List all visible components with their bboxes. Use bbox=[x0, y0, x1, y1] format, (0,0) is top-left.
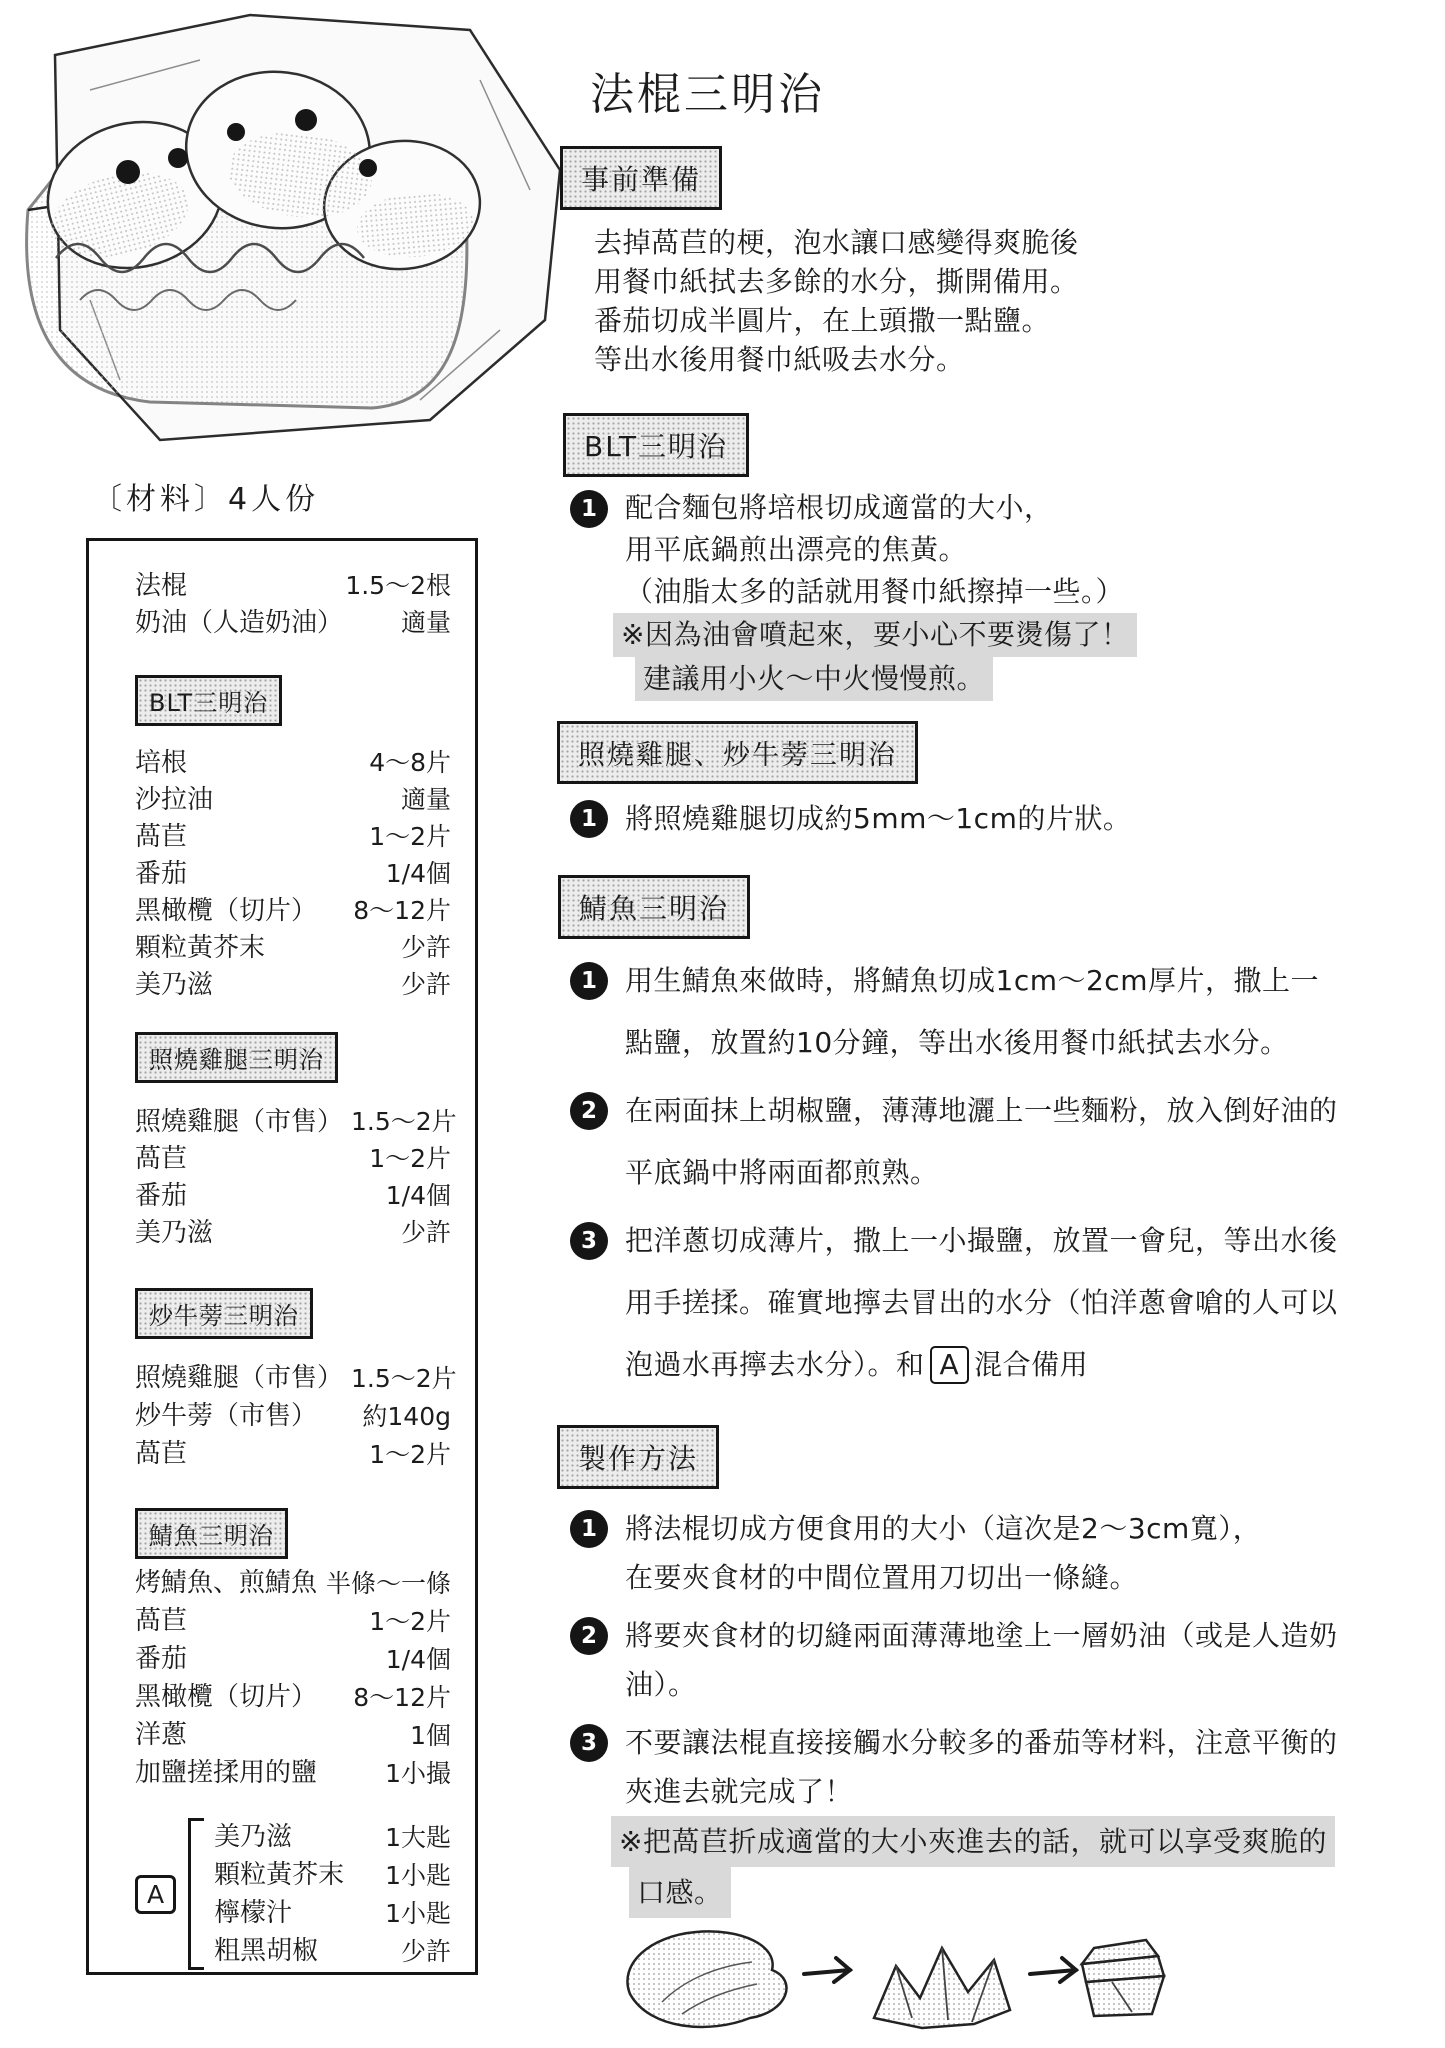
step-line: 在要夾食材的中間位置用刀切出一條縫。 bbox=[625, 1553, 1261, 1602]
material-name: 番茄 bbox=[135, 1183, 187, 1209]
section-header-saba: 鯖魚三明治 bbox=[558, 875, 750, 939]
material-amount: 少許 bbox=[401, 935, 451, 960]
material-name: 洋蔥 bbox=[135, 1722, 187, 1748]
arrow-icon bbox=[1030, 1958, 1076, 1982]
step-number-badge: 2 bbox=[570, 1092, 608, 1130]
caution-note-highlight: ※因為油會噴起來，要小心不要燙傷了！ bbox=[613, 613, 1137, 657]
material-name: 奶油（人造奶油） bbox=[135, 610, 343, 636]
step-line: 把洋蔥切成薄片，撒上一小撮鹽，放置一會兒，等出水後 bbox=[625, 1210, 1338, 1272]
material-amount: 適量 bbox=[401, 787, 451, 812]
blt-step-1: 1 配合麵包將培根切成適當的大小， 用平底鍋煎出漂亮的焦黃。 （油脂太多的話就用… bbox=[570, 487, 1137, 701]
material-amount: 8～12片 bbox=[353, 1685, 451, 1710]
material-name: 美乃滋 bbox=[214, 1824, 292, 1850]
material-amount: 8～12片 bbox=[353, 898, 451, 923]
step-line: 用生鯖魚來做時，將鯖魚切成1cm～2cm厚片，撒上一 bbox=[625, 950, 1319, 1012]
tip-note-highlight: 口感。 bbox=[629, 1867, 731, 1918]
material-group-label-saba: 鯖魚三明治 bbox=[135, 1508, 288, 1559]
material-name: 照燒雞腿（市售） bbox=[135, 1109, 343, 1135]
material-row: 炒牛蒡（市售） 約140g bbox=[135, 1397, 451, 1435]
material-name: 萵苣 bbox=[135, 1441, 187, 1467]
material-row: 培根 4～8片 bbox=[135, 744, 451, 781]
prep-line: 番茄切成半圓片，在上頭撒一點鹽。 bbox=[594, 301, 1079, 340]
material-name: 黑橄欖（切片） bbox=[135, 898, 317, 924]
material-amount: 1小匙 bbox=[385, 1901, 451, 1926]
material-group-label-burdock: 炒牛蒡三明治 bbox=[135, 1288, 313, 1339]
material-name: 萵苣 bbox=[135, 1146, 187, 1172]
materials-box: 法棍 1.5～2根 奶油（人造奶油） 適量 BLT三明治 培根 4～8片 沙拉油… bbox=[86, 538, 478, 1975]
arrow-icon bbox=[804, 1958, 850, 1982]
page-title: 法棍三明治 bbox=[590, 58, 825, 122]
step-line: （油脂太多的話就用餐巾紙擦掉一些。） bbox=[625, 571, 1137, 613]
material-amount: 1小匙 bbox=[385, 1863, 451, 1888]
material-name: 美乃滋 bbox=[135, 1220, 213, 1246]
material-amount: 1.5～2片 bbox=[351, 1366, 457, 1391]
material-name: 美乃滋 bbox=[135, 972, 213, 998]
material-row: 番茄 1/4個 bbox=[135, 1177, 451, 1214]
material-row: 萵苣 1～2片 bbox=[135, 1435, 451, 1473]
material-row: 番茄 1/4個 bbox=[135, 855, 451, 892]
material-amount: 適量 bbox=[401, 610, 451, 635]
caution-note-highlight: 建議用小火～中火慢慢煎。 bbox=[635, 657, 993, 701]
material-row: 美乃滋 1大匙 bbox=[214, 1818, 451, 1856]
material-amount: 1小撮 bbox=[385, 1761, 451, 1786]
material-name: 照燒雞腿（市售） bbox=[135, 1365, 343, 1391]
materials-heading: 〔材料〕4人份 bbox=[92, 474, 319, 518]
step-number-badge: 3 bbox=[570, 1222, 608, 1260]
step-number-badge: 1 bbox=[570, 962, 608, 1000]
material-name: 培根 bbox=[135, 750, 187, 776]
material-amount: 約140g bbox=[362, 1404, 451, 1429]
material-row: 加鹽搓揉用的鹽 1小撮 bbox=[135, 1754, 451, 1792]
step-line: 用平底鍋煎出漂亮的焦黃。 bbox=[625, 529, 1137, 571]
material-row: 萵苣 1～2片 bbox=[135, 818, 451, 855]
material-amount: 少許 bbox=[401, 972, 451, 997]
material-name: 檸檬汁 bbox=[214, 1900, 292, 1926]
material-amount: 1～2片 bbox=[369, 1609, 451, 1634]
prep-line: 等出水後用餐巾紙吸去水分。 bbox=[594, 340, 1079, 379]
material-amount: 少許 bbox=[401, 1220, 451, 1245]
material-row: 黑橄欖（切片） 8～12片 bbox=[135, 892, 451, 929]
material-amount: 1.5～2根 bbox=[345, 573, 451, 598]
step-number-badge: 1 bbox=[570, 490, 608, 528]
prep-paragraph: 去掉萵苣的梗，泡水讓口感變得爽脆後 用餐巾紙拭去多餘的水分，撕開備用。 番茄切成… bbox=[594, 223, 1079, 379]
material-row: 照燒雞腿（市售） 1.5～2片 bbox=[135, 1103, 451, 1140]
step-line: 平底鍋中將兩面都煎熟。 bbox=[625, 1142, 1338, 1204]
material-row: 洋蔥 1個 bbox=[135, 1716, 451, 1754]
material-name: 加鹽搓揉用的鹽 bbox=[135, 1760, 317, 1786]
section-header-teriyaki: 照燒雞腿、炒牛蒡三明治 bbox=[557, 721, 918, 784]
material-name: 烤鯖魚、煎鯖魚 bbox=[135, 1570, 317, 1596]
material-name: 番茄 bbox=[135, 1646, 187, 1672]
step-line: 將法棍切成方便食用的大小（這次是2～3cm寬）， bbox=[625, 1504, 1261, 1553]
step-line: 點鹽，放置約10分鐘，等出水後用餐巾紙拭去水分。 bbox=[625, 1012, 1319, 1074]
group-a-bracket bbox=[188, 1818, 204, 1970]
material-group-label-teriyaki: 照燒雞腿三明治 bbox=[135, 1032, 338, 1083]
material-row: 美乃滋 少許 bbox=[135, 966, 451, 1003]
lettuce-leaf-icon bbox=[627, 1931, 786, 2027]
material-amount: 1大匙 bbox=[385, 1825, 451, 1850]
material-amount: 1/4個 bbox=[386, 1183, 451, 1208]
material-amount: 1.5～2片 bbox=[351, 1109, 457, 1134]
material-row: 萵苣 1～2片 bbox=[135, 1140, 451, 1177]
step-number-badge: 1 bbox=[570, 1510, 608, 1548]
step-line: 用手搓揉。確實地擰去冒出的水分（怕洋蔥會嗆的人可以 bbox=[625, 1272, 1338, 1334]
group-a-reference-box: A bbox=[930, 1346, 970, 1384]
material-row: 美乃滋 少許 bbox=[135, 1214, 451, 1251]
step-line: 不要讓法棍直接接觸水分較多的番茄等材料，注意平衡的 bbox=[625, 1718, 1338, 1767]
teriyaki-step-1: 1 將照燒雞腿切成約5mm～1cm的片狀。 bbox=[570, 800, 1131, 838]
material-amount: 4～8片 bbox=[369, 750, 451, 775]
material-name: 萵苣 bbox=[135, 1608, 187, 1634]
prep-line: 用餐巾紙拭去多餘的水分，撕開備用。 bbox=[594, 262, 1079, 301]
material-amount: 1個 bbox=[410, 1723, 451, 1748]
material-name: 黑橄欖（切片） bbox=[135, 1684, 317, 1710]
material-name: 顆粒黃芥末 bbox=[135, 935, 265, 961]
lettuce-folded-icon bbox=[874, 1948, 1010, 2028]
material-amount: 少許 bbox=[401, 1939, 451, 1964]
section-header-method: 製作方法 bbox=[557, 1425, 719, 1489]
step-line: 夾進去就完成了！ bbox=[625, 1767, 1338, 1816]
material-name: 法棍 bbox=[135, 573, 187, 599]
method-step-1: 1 將法棍切成方便食用的大小（這次是2～3cm寬）， 在要夾食材的中間位置用刀切… bbox=[570, 1504, 1338, 1602]
lettuce-folding-illustration bbox=[612, 1922, 1167, 2044]
prep-line: 去掉萵苣的梗，泡水讓口感變得爽脆後 bbox=[594, 223, 1079, 262]
step-number-badge: 1 bbox=[570, 800, 608, 838]
material-amount: 半條～一條 bbox=[326, 1571, 451, 1596]
material-amount: 1～2片 bbox=[369, 1442, 451, 1467]
material-group-label-blt: BLT三明治 bbox=[135, 675, 282, 726]
step-line: 將照燒雞腿切成約5mm～1cm的片狀。 bbox=[625, 800, 1131, 838]
saba-step-1: 1 用生鯖魚來做時，將鯖魚切成1cm～2cm厚片，撒上一 點鹽，放置約10分鐘，… bbox=[570, 950, 1338, 1074]
section-header-prep: 事前準備 bbox=[560, 146, 722, 210]
saba-step-2: 2 在兩面抹上胡椒鹽，薄薄地灑上一些麵粉，放入倒好油的 平底鍋中將兩面都煎熟。 bbox=[570, 1080, 1338, 1204]
material-row: 烤鯖魚、煎鯖魚 半條～一條 bbox=[135, 1564, 451, 1602]
material-row: 照燒雞腿（市售） 1.5～2片 bbox=[135, 1359, 451, 1397]
material-name: 炒牛蒡（市售） bbox=[135, 1403, 317, 1429]
step-line: 泡過水再擰去水分）。和A混合備用 bbox=[625, 1334, 1338, 1396]
material-row: 顆粒黃芥末 少許 bbox=[135, 929, 451, 966]
step-number-badge: 2 bbox=[570, 1617, 608, 1655]
step-line: 配合麵包將培根切成適當的大小， bbox=[625, 487, 1137, 529]
material-row: 粗黑胡椒 少許 bbox=[214, 1932, 451, 1970]
material-row: 番茄 1/4個 bbox=[135, 1640, 451, 1678]
step-line: 將要夾食材的切縫兩面薄薄地塗上一層奶油（或是人造奶 bbox=[625, 1611, 1338, 1660]
material-amount: 1/4個 bbox=[386, 861, 451, 886]
material-row: 黑橄欖（切片） 8～12片 bbox=[135, 1678, 451, 1716]
sandwich-basket-illustration bbox=[0, 0, 585, 505]
material-group-a: A 美乃滋 1大匙 顆粒黃芥末 1小匙 檸檬汁 1小匙 粗黑胡椒 少許 bbox=[135, 1818, 451, 1970]
saba-step-3: 3 把洋蔥切成薄片，撒上一小撮鹽，放置一會兒，等出水後 用手搓揉。確實地擰去冒出… bbox=[570, 1210, 1338, 1396]
material-row: 沙拉油 適量 bbox=[135, 781, 451, 818]
material-row: 顆粒黃芥末 1小匙 bbox=[214, 1856, 451, 1894]
material-row: 法棍 1.5～2根 bbox=[135, 567, 451, 604]
material-name: 顆粒黃芥末 bbox=[214, 1862, 344, 1888]
material-name: 番茄 bbox=[135, 861, 187, 887]
material-row: 奶油（人造奶油） 適量 bbox=[135, 604, 451, 641]
material-name: 粗黑胡椒 bbox=[214, 1938, 318, 1964]
step-line: 在兩面抹上胡椒鹽，薄薄地灑上一些麵粉，放入倒好油的 bbox=[625, 1080, 1338, 1142]
step-number-badge: 3 bbox=[570, 1724, 608, 1762]
tip-note-highlight: ※把萵苣折成適當的大小夾進去的話，就可以享受爽脆的 bbox=[611, 1816, 1335, 1867]
method-step-3: 3 不要讓法棍直接接觸水分較多的番茄等材料，注意平衡的 夾進去就完成了！ ※把萵… bbox=[570, 1718, 1338, 1918]
method-step-2: 2 將要夾食材的切縫兩面薄薄地塗上一層奶油（或是人造奶 油）。 bbox=[570, 1611, 1338, 1709]
group-a-label: A bbox=[135, 1875, 176, 1914]
material-row: 檸檬汁 1小匙 bbox=[214, 1894, 451, 1932]
material-amount: 1～2片 bbox=[369, 824, 451, 849]
material-amount: 1/4個 bbox=[386, 1647, 451, 1672]
material-row: 萵苣 1～2片 bbox=[135, 1602, 451, 1640]
material-name: 萵苣 bbox=[135, 824, 187, 850]
lettuce-stacked-icon bbox=[1082, 1940, 1164, 2016]
recipe-page: 法棍三明治 事前準備 去掉萵苣的梗，泡水讓口感變得爽脆後 用餐巾紙拭去多餘的水分… bbox=[0, 0, 1445, 2048]
material-amount: 1～2片 bbox=[369, 1146, 451, 1171]
section-header-blt: BLT三明治 bbox=[563, 413, 749, 477]
step-line: 油）。 bbox=[625, 1660, 1338, 1709]
material-name: 沙拉油 bbox=[135, 787, 213, 813]
